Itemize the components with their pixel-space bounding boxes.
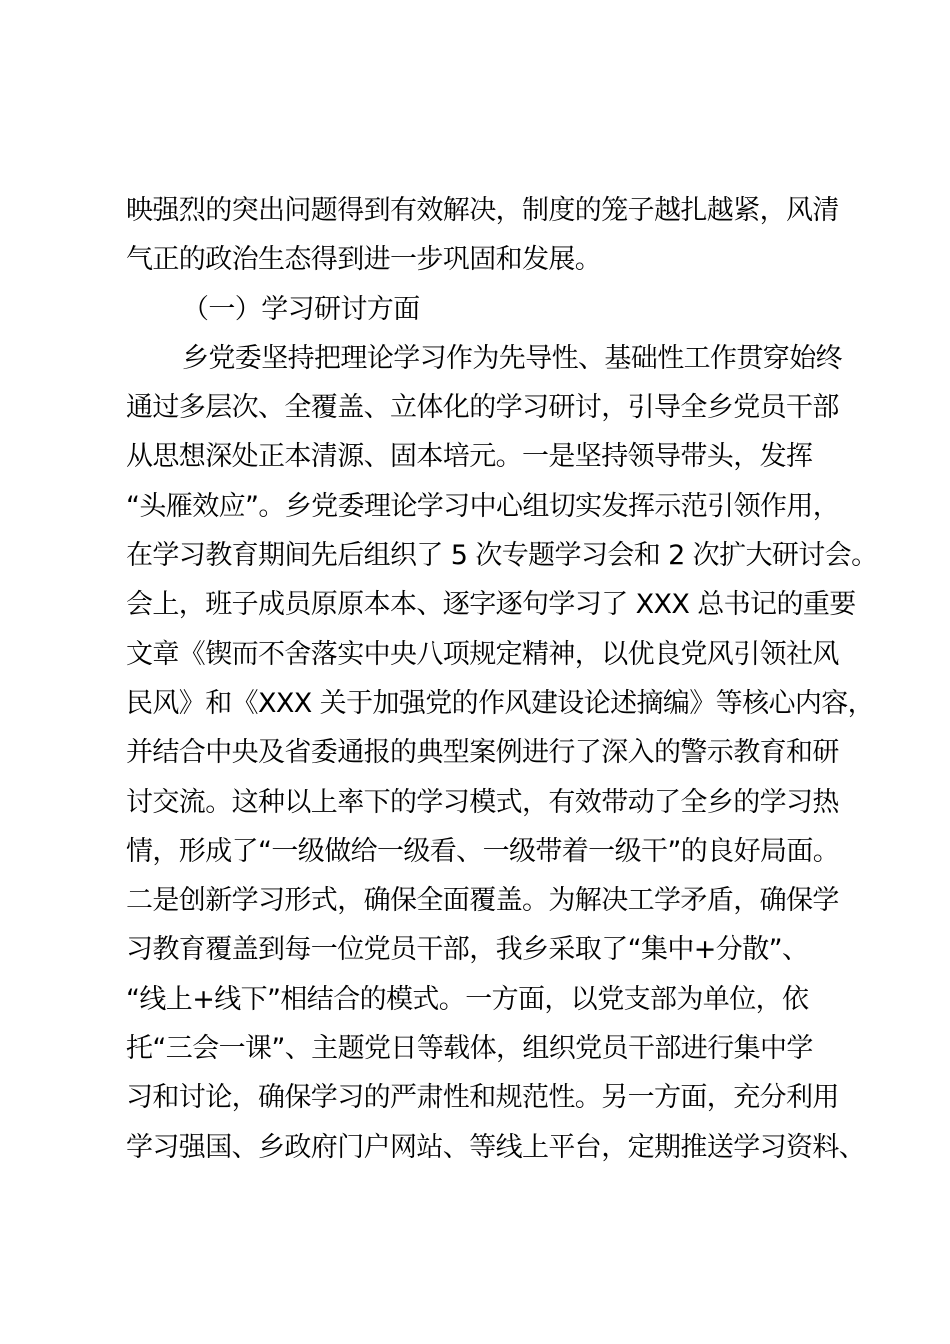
doc-text-line: 讨交流。这种以上率下的学习模式，有效带动了全乡的学习热 xyxy=(126,778,866,827)
document-page: 映强烈的突出问题得到有效解决，制度的笼子越扎越紧，风清气正的政治生态得到进一步巩… xyxy=(0,0,950,1344)
doc-text-line: 并结合中央及省委通报的典型案例进行了深入的警示教育和研 xyxy=(126,728,866,777)
doc-text-line: 乡党委坚持把理论学习作为先导性、基础性工作贯穿始终 xyxy=(126,334,866,383)
doc-text-line: 从思想深处正本清源、固本培元。一是坚持领导带头，发挥 xyxy=(126,432,866,481)
doc-text-line: “线上+线下”相结合的模式。一方面，以党支部为单位，依 xyxy=(126,975,866,1024)
doc-text-line: 映强烈的突出问题得到有效解决，制度的笼子越扎越紧，风清 xyxy=(126,186,866,235)
doc-text-line: 民风》和《XXX 关于加强党的作风建设论述摘编》等核心内容， xyxy=(126,679,866,728)
section-heading: （一）学习研讨方面 xyxy=(126,285,866,334)
doc-text-line: “头雁效应”。乡党委理论学习中心组切实发挥示范引领作用， xyxy=(126,482,866,531)
doc-text-line: 会上，班子成员原原本本、逐字逐句学习了 XXX 总书记的重要 xyxy=(126,580,866,629)
doc-text-line: 习和讨论，确保学习的严肃性和规范性。另一方面，充分利用 xyxy=(126,1073,866,1122)
doc-text-line: 二是创新学习形式，确保全面覆盖。为解决工学矛盾，确保学 xyxy=(126,876,866,925)
doc-text-line: 学习强国、乡政府门户网站、等线上平台，定期推送学习资料、 xyxy=(126,1123,866,1172)
doc-text-line: 气正的政治生态得到进一步巩固和发展。 xyxy=(126,235,866,284)
doc-text-line: 情，形成了“一级做给一级看、一级带着一级干”的良好局面。 xyxy=(126,827,866,876)
doc-text-line: 文章《锲而不舍落实中央八项规定精神，以优良党风引领社风 xyxy=(126,630,866,679)
doc-text-line: 在学习教育期间先后组织了 5 次专题学习会和 2 次扩大研讨会。 xyxy=(126,531,866,580)
doc-text-line: 通过多层次、全覆盖、立体化的学习研讨，引导全乡党员干部 xyxy=(126,383,866,432)
doc-text-line: 习教育覆盖到每一位党员干部，我乡采取了“集中+分散”、 xyxy=(126,925,866,974)
document-body: 映强烈的突出问题得到有效解决，制度的笼子越扎越紧，风清气正的政治生态得到进一步巩… xyxy=(126,186,866,1172)
doc-text-line: 托“三会一课”、主题党日等载体，组织党员干部进行集中学 xyxy=(126,1024,866,1073)
